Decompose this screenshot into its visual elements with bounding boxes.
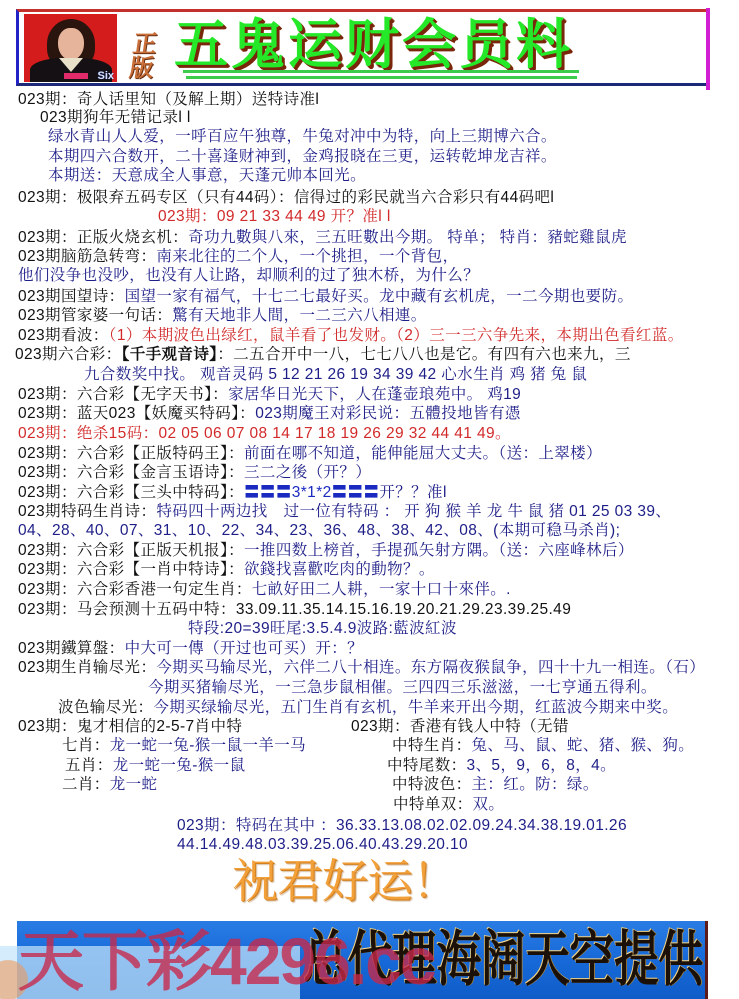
post-label: 023期：香港有钱人中特（无错: [351, 718, 569, 735]
post-label: 023期：六合彩【一肖中特诗】：: [18, 561, 244, 578]
post-content: 特码四十两边找 过一位有特码 ： 开 狗 猴 羊 龙 牛 鼠 猪 01 25 0…: [156, 503, 671, 520]
title-underline: [183, 70, 579, 73]
post-content: 04、28、40、07、31、10、22、34、23、36、48、38、42、0…: [18, 522, 620, 539]
post-content: 三二之後（开？）: [244, 464, 371, 481]
photo-caption: Six: [97, 70, 114, 82]
post-label: 023期国望诗：: [18, 288, 125, 305]
post-label: 023期狗年无错记录l l: [40, 109, 191, 126]
left-column-item: 七肖：龙一蛇一兔-猴一鼠一羊一马: [62, 737, 306, 755]
item-label: 中特生肖：: [392, 737, 472, 754]
post-label: 023期特码生肖诗：: [18, 503, 156, 520]
post-row: 023期管家婆一句话：驚有天地非人間，一二三六八相連。: [18, 307, 427, 325]
special-numbers-text: 44.14.49.48.03.39.25.06.40.43.29.20.10: [177, 836, 468, 853]
post-content: 九合数奖中找。 观音灵码 5 12 21 26 19 34 39 42 心水生肖…: [84, 366, 587, 383]
post-row: 04、28、40、07、31、10、22、34、23、36、48、38、42、0…: [18, 522, 620, 540]
post-row: 023期鐵算盤：中大可一傳（开过也可买）开：？: [18, 640, 363, 658]
post-label: 023期：六合彩【正版天机报】：: [18, 542, 244, 559]
post-row: 023期：极限弃五码专区（只有44码）：信得过的彩民就当六合彩只有44码吧l: [18, 189, 554, 207]
post-label: 023期：六合彩【金言玉语诗】：: [18, 464, 244, 481]
post-section-title: 【千手观音诗】: [122, 346, 218, 363]
post-row: 023期生肖输尽光：今期买马输尽光，六伴二八十相连。东方隔夜猴鼠争，四十十九一相…: [18, 659, 705, 677]
edition-badge-char: 版: [128, 57, 155, 81]
post-content: 本期送：天意成全人事意，天蓬元帅本回光。: [48, 167, 366, 184]
post-content: 家居华日光天下，人在蓬壶琅苑中。 鸡19: [228, 386, 521, 403]
post-content: 开？？准l: [379, 484, 446, 501]
post-label: 023期看波：: [18, 327, 109, 344]
post-row: 023期：绝杀15码：02 05 06 07 08 14 17 18 19 26…: [18, 425, 511, 443]
edition-badge-char: 正: [131, 33, 158, 57]
post-row: 023期：六合彩【正版特码王】：前面在哪不知道，能伸能屈大丈夫。（送：上翠楼）: [18, 445, 602, 463]
post-row: 023期狗年无错记录l l: [40, 109, 191, 127]
right-column-title: 023期：香港有钱人中特（无错: [351, 718, 569, 736]
post-row: 绿水青山人人爱，一呼百应午独尊，牛兔对冲中为特，向上三期博六合。: [48, 128, 557, 146]
post-content: 本期四六合数开，二十喜逢财神到，金鸡报晓在三更，运转乾坤龙吉祥。: [48, 148, 557, 165]
post-row: 特段:20=39旺尾:3.5.4.9波路:藍波紅波: [188, 620, 457, 638]
post-content: 他们没争也没吵，也没有人让路，却顺利的过了独木桥，为什么？: [18, 267, 479, 284]
post-highlight: （1）本期波色出绿红，鼠羊看了也发财。（2）三一三六争先来，本期出色看红蓝。: [109, 327, 684, 344]
post-label: 023期生肖输尽光：: [18, 659, 156, 676]
post-row: 023期：奇人话里知（及解上期）送特诗准l: [18, 91, 319, 109]
title-underline: [186, 76, 577, 79]
post-content: 特段:20=39旺尾:3.5.4.9波路:藍波紅波: [188, 620, 457, 637]
item-value: 主：红。防：绿。: [472, 776, 599, 793]
right-column-item: 中特尾数：3、5，9，6，8，4。: [387, 757, 616, 775]
post-row: 023期：蓝天023【妖魔买特码】：023期魔王对彩民说：五體投地皆有憑: [18, 405, 521, 423]
post-row: 本期四六合数开，二十喜逢财神到，金鸡报晓在三更，运转乾坤龙吉祥。: [48, 148, 557, 166]
post-label: 023期：蓝天023【妖魔买特码】：: [18, 405, 255, 422]
post-content: 今期买猪输尽光，一三急步鼠相催。三四四三乐滋滋，一七亨通五得利。: [148, 679, 657, 696]
post-content: 欲錢找喜歡吃肉的動物？。: [244, 561, 435, 578]
post-label: 023期鐵算盤：: [18, 640, 125, 657]
left-column-item: 五肖：龙一蛇一兔-猴一鼠: [65, 757, 245, 775]
post-row: 023期国望诗：国望一家有福气，十七二七最好买。龙中藏有玄机虎，一二今期也要防。: [18, 288, 633, 306]
post-label: 023期：极限弃五码专区（只有44码）：信得过的彩民就当六合彩只有44码吧l: [18, 189, 554, 206]
post-content: 一推四数上榜首，手提孤矢射方隅。（送：六座峰林后）: [244, 542, 634, 559]
post-label: 023期管家婆一句话：: [18, 307, 172, 324]
post-row: 023期：六合彩【金言玉语诗】：三二之後（开？）: [18, 464, 371, 482]
good-luck-greeting: 祝君好运！: [232, 852, 457, 910]
host-photo: Six: [24, 14, 117, 82]
item-value: 龙一蛇一兔-猴一鼠一羊一马: [110, 737, 306, 754]
right-column-item: 中特单双：双。: [393, 796, 504, 814]
page-title: 五鬼运财会员料: [174, 16, 573, 74]
post-row: 023期：六合彩【一肖中特诗】：欲錢找喜歡吃肉的動物？。: [18, 561, 435, 579]
post-label: 023期：鬼才相信的2-5-7肖中特: [18, 718, 242, 735]
post-row: 023期：六合彩【三头中特码】：〓〓〓3*1*2〓〓〓开？？准l: [18, 484, 447, 502]
post-row: 023期脑筋急转弯：南来北往的二个人，一个挑担，一个背包，: [18, 248, 458, 266]
post-content: 七畝好田二人耕，一家十口十來伴。.: [252, 581, 511, 598]
post-label: 023期：正版火烧玄机：: [18, 229, 188, 246]
post-row: 他们没争也没吵，也没有人让路，却顺利的过了独木桥，为什么？: [18, 267, 479, 285]
post-label: 023期：六合彩【正版特码王】：: [18, 445, 244, 462]
post-content: 023期魔王对彩民说：五體投地皆有憑: [255, 405, 521, 422]
post-content: 南来北往的二个人，一个挑担，一个背包，: [156, 248, 458, 265]
post-label: 023期：六合彩香港一句定生肖：: [18, 581, 252, 598]
item-label: 二肖：: [62, 776, 110, 793]
item-value: 3、5，9，6，8，4。: [467, 757, 617, 774]
item-value: 龙一蛇一兔-猴一鼠: [113, 757, 246, 774]
post-label: 023期：马会预测十五码中特：33.09.11.35.14.15.16.19.2…: [18, 601, 571, 618]
post-row: 九合数奖中找。 观音灵码 5 12 21 26 19 34 39 42 心水生肖…: [84, 366, 587, 384]
item-label: 中特波色：: [392, 776, 472, 793]
photo-caption-mark: [64, 73, 88, 79]
post-row: 023期：正版火烧玄机：奇功九數與八來，三五旺數出今期。 特单； 特肖：豬蛇雞鼠…: [18, 229, 627, 247]
post-row: 023期看波：（1）本期波色出绿红，鼠羊看了也发财。（2）三一三六争先来，本期出…: [18, 327, 684, 345]
watermark-text: 天下彩4296.cc: [18, 926, 435, 996]
post-content: 奇功九數與八來，三五旺數出今期。 特单； 特肖：豬蛇雞鼠虎: [188, 229, 627, 246]
left-column-title: 023期：鬼才相信的2-5-7肖中特: [18, 718, 242, 736]
post-highlight: 023期：09 21 33 44 49 开？准l l: [158, 208, 391, 225]
post-row: 023期：六合彩【无字天书】：家居华日光天下，人在蓬壶琅苑中。 鸡19: [18, 386, 521, 404]
photo-face: [58, 28, 84, 60]
post-row: 本期送：天意成全人事意，天蓬元帅本回光。: [48, 167, 366, 185]
left-column-item: 二肖：龙一蛇: [62, 776, 157, 794]
post-label: 023期：奇人话里知（及解上期）送特诗准l: [18, 91, 319, 108]
post-row: 023期六合彩：【千手观音诗】：二五合开中一八，七七八八也是它。有四有六也来九，…: [15, 346, 631, 364]
special-numbers-text: 023期：特码在其中 ：36.33.13.08.02.02.09.24.34.3…: [177, 817, 627, 834]
post-row: 波色输尽光：今期买绿输尽光，五门生肖有玄机，牛羊来开出今期，红蓝波今期来中奖。: [58, 699, 678, 717]
header-frame-right-edge: [706, 8, 710, 90]
post-content: 中大可一傳（开过也可买）开：？: [125, 640, 364, 657]
item-value: 兔、马、鼠、蛇、猪、猴、狗。: [472, 737, 695, 754]
post-row: 023期：六合彩【正版天机报】：一推四数上榜首，手提孤矢射方隅。（送：六座峰林后…: [18, 542, 634, 560]
item-value: 龙一蛇: [110, 776, 158, 793]
post-row: 023期特码生肖诗：特码四十两边找 过一位有特码 ： 开 狗 猴 羊 龙 牛 鼠…: [18, 503, 671, 521]
post-content: 今期买绿输尽光，五门生肖有玄机，牛羊来开出今期，红蓝波今期来中奖。: [153, 699, 678, 716]
post-label: 023期六合彩：: [15, 346, 122, 363]
special-numbers-line: 023期：特码在其中 ：36.33.13.08.02.02.09.24.34.3…: [177, 817, 627, 835]
post-row: 今期买猪输尽光，一三急步鼠相催。三四四三乐滋滋，一七亨通五得利。: [148, 679, 657, 697]
post-row: 023期：六合彩香港一句定生肖：七畝好田二人耕，一家十口十來伴。.: [18, 581, 511, 599]
post-label: 波色输尽光：: [58, 699, 153, 716]
post-label: 023期脑筋急转弯：: [18, 248, 156, 265]
post-label: 023期：六合彩【三头中特码】：: [18, 484, 244, 501]
right-column-item: 中特生肖：兔、马、鼠、蛇、猪、猴、狗。: [392, 737, 694, 755]
post-code-bars: 〓〓〓3*1*2〓〓〓: [244, 484, 379, 501]
item-label: 中特尾数：: [387, 757, 467, 774]
item-label: 五肖：: [65, 757, 113, 774]
post-content: 绿水青山人人爱，一呼百应午独尊，牛兔对冲中为特，向上三期博六合。: [48, 128, 557, 145]
right-column-item: 中特波色：主：红。防：绿。: [392, 776, 599, 794]
edition-badge: 正 版: [122, 33, 163, 83]
post-content: 国望一家有福气，十七二七最好买。龙中藏有玄机虎，一二今期也要防。: [125, 288, 634, 305]
post-content: ：二五合开中一八，七七八八也是它。有四有六也来九，三: [217, 346, 630, 363]
post-content: 今期买马输尽光，六伴二八十相连。东方隔夜猴鼠争，四十十九一相连。（石）: [156, 659, 705, 676]
post-content: 驚有天地非人間，一二三六八相連。: [172, 307, 426, 324]
post-content: 前面在哪不知道，能伸能屈大丈夫。（送：上翠楼）: [244, 445, 602, 462]
post-row: 023期：马会预测十五码中特：33.09.11.35.14.15.16.19.2…: [18, 601, 571, 619]
post-highlight: 023期：绝杀15码：02 05 06 07 08 14 17 18 19 26…: [18, 425, 511, 442]
post-row: 023期：09 21 33 44 49 开？准l l: [158, 208, 391, 226]
post-label: 023期：六合彩【无字天书】：: [18, 386, 228, 403]
item-label: 七肖：: [62, 737, 110, 754]
item-value: 双。: [473, 796, 505, 813]
item-label: 中特单双：: [393, 796, 473, 813]
